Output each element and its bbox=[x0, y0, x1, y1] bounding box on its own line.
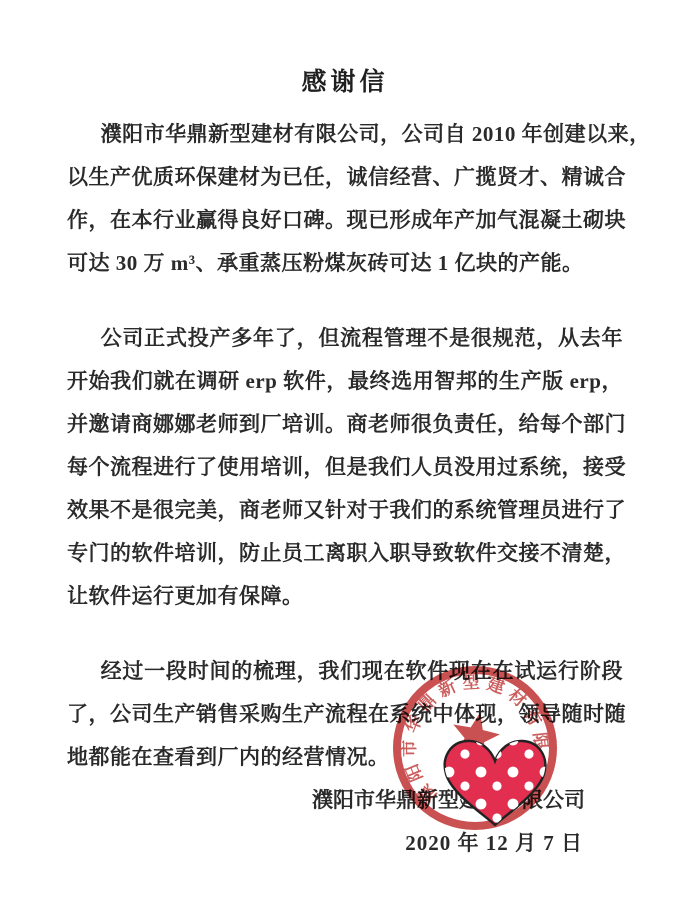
heart-dots-fill bbox=[445, 741, 546, 825]
heart-sticker bbox=[441, 733, 553, 829]
paragraph: 公司正式投产多年了，但流程管理不是很规范，从去年开始我们就在调研 erp 软件，… bbox=[67, 317, 623, 618]
letter-page: 感谢信 濮阳市华鼎新型建材有限公司，公司自 2010 年创建以来，以生产优质环保… bbox=[0, 0, 700, 905]
letter-line: 专门的软件培训，防止员工离职入职导致软件交接不清楚， bbox=[67, 532, 623, 575]
letter-line: 开始我们就在调研 erp 软件，最终选用智邦的生产版 erp， bbox=[67, 360, 623, 403]
letter-line: 以生产优质环保建材为已任，诚信经营、广揽贤才、精诚合 bbox=[67, 156, 623, 199]
letter-line: 公司正式投产多年了，但流程管理不是很规范，从去年 bbox=[67, 317, 623, 360]
letter-line: 让软件运行更加有保障。 bbox=[67, 575, 623, 618]
letter-line: 可达 30 万 m³、承重蒸压粉煤灰砖可达 1 亿块的产能。 bbox=[67, 242, 623, 285]
letter-line: 作，在本行业赢得良好口碑。现已形成年产加气混凝土砌块 bbox=[67, 199, 623, 242]
letter-line: 濮阳市华鼎新型建材有限公司，公司自 2010 年创建以来， bbox=[67, 113, 623, 156]
letter-line: 每个流程进行了使用培训，但是我们人员没用过系统，接受 bbox=[67, 446, 623, 489]
letter-line: 效果不是很完美，商老师又针对于我们的系统管理员进行了 bbox=[67, 489, 623, 532]
paragraph: 濮阳市华鼎新型建材有限公司，公司自 2010 年创建以来，以生产优质环保建材为已… bbox=[67, 113, 623, 285]
letter-title: 感谢信 bbox=[67, 62, 623, 98]
letter-line: 并邀请商娜娜老师到厂培训。商老师很负责任，给每个部门 bbox=[67, 403, 623, 446]
